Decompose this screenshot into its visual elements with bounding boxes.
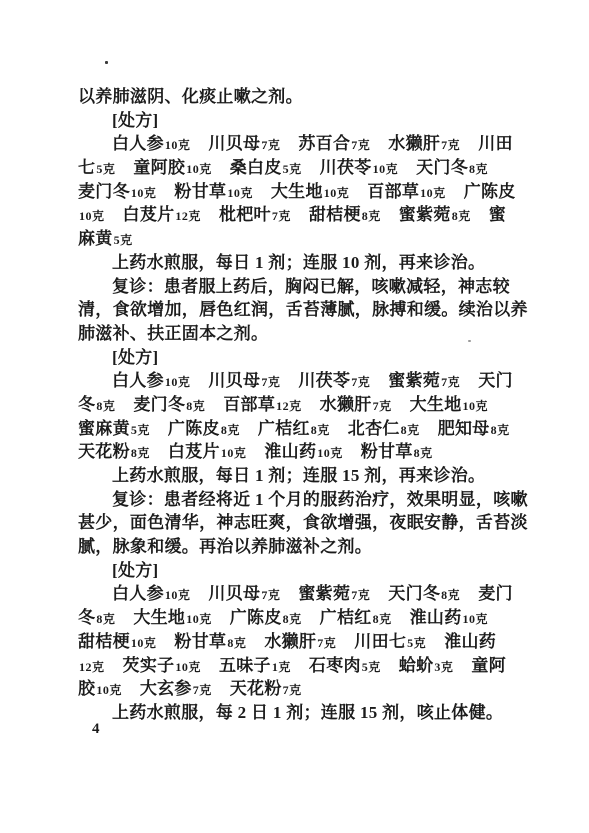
dose-value: 8克	[95, 399, 115, 413]
text-segment: 川贝母	[208, 134, 260, 153]
text-line: 白人参10克川贝母7克蜜紫菀7克天门冬8克麦门	[78, 582, 530, 606]
dose-value: 10克	[164, 375, 191, 389]
text-segment: 淮山药	[410, 608, 462, 627]
text-line: 七5克童阿胶10克桑白皮5克川茯苓10克天门冬8克	[78, 156, 530, 180]
text-segment: 水獭肝	[264, 632, 316, 651]
dose-value: 7克	[316, 636, 336, 650]
dose-value: 8克	[400, 423, 420, 437]
dose-value: 10克	[419, 186, 446, 200]
dose-value: 10克	[185, 612, 212, 626]
text-line: 上药水煎服，每日 1 剂；连服 10 剂，再来诊治。	[78, 251, 530, 275]
text-line: 白人参10克川贝母7克苏百合7克水獭肝7克川田	[78, 132, 530, 156]
dose-value: 5克	[406, 636, 426, 650]
text-segment: 枇杷叶	[219, 205, 271, 224]
text-segment: 复诊：患者服上药后，胸闷已解，咳嗽减轻，神志较	[112, 277, 510, 296]
text-segment: 天门	[478, 371, 513, 390]
text-line: 12克芡实子10克五味子1克石枣肉5克蛤蚧3克童阿	[78, 654, 530, 678]
scan-artifact-dot	[105, 61, 108, 64]
dose-value: 10克	[78, 209, 105, 223]
text-segment: 白芨片	[123, 205, 175, 224]
text-segment: 七	[78, 158, 95, 177]
text-line: 复诊：患者服上药后，胸闷已解，咳嗽减轻，神志较	[78, 275, 530, 299]
text-segment: 百部草	[367, 182, 419, 201]
text-segment: 粉甘草	[361, 442, 413, 461]
text-segment: 大生地	[133, 608, 185, 627]
text-segment: 广陈皮	[168, 419, 220, 438]
dose-value: 8克	[185, 399, 205, 413]
dose-value: 5克	[95, 162, 115, 176]
text-segment: 天花粉	[230, 679, 282, 698]
text-line: 天花粉8克白芨片10克淮山药10克粉甘草8克	[78, 440, 530, 464]
text-segment: 上药水煎服，每日 1 剂；连服 15 剂，再来诊治。	[112, 466, 485, 485]
text-line: 甜桔梗10克粉甘草8克水獭肝7克川田七5克淮山药	[78, 630, 530, 654]
dose-value: 8克	[490, 423, 510, 437]
text-line: 麻黄5克	[78, 227, 530, 251]
text-segment: 广桔红	[320, 608, 372, 627]
dose-value: 1克	[271, 660, 291, 674]
dose-value: 5克	[130, 423, 150, 437]
text-segment: 蜜紫菀	[298, 584, 350, 603]
text-line: 清，食欲增加，唇色红润，舌苔薄腻，脉搏和缓。续治以养	[78, 298, 530, 322]
text-line: 冬8克大生地10克广陈皮8克广桔红8克淮山药10克	[78, 606, 530, 630]
text-segment: 童阿	[471, 656, 506, 675]
text-segment: 百部草	[223, 395, 275, 414]
text-segment: 蛤蚧	[399, 656, 434, 675]
text-segment: [处方]	[112, 348, 159, 367]
text-line: 腻，脉象和缓。再治以养肺滋补之剂。	[78, 535, 530, 559]
text-line: 白人参10克川贝母7克川茯苓7克蜜紫菀7克天门	[78, 369, 530, 393]
dose-value: 8克	[95, 612, 115, 626]
dose-value: 10克	[164, 588, 191, 602]
text-segment: 白芨片	[168, 442, 220, 461]
dose-value: 10克	[462, 399, 489, 413]
dose-value: 8克	[282, 612, 302, 626]
dose-value: 10克	[316, 446, 343, 460]
scanned-book-page: 以养肺滋阴、化痰止嗽之剂。[处方]白人参10克川贝母7克苏百合7克水獭肝7克川田…	[0, 0, 589, 833]
text-segment: 甜桔梗	[78, 632, 130, 651]
text-line: 麦门冬10克粉甘草10克大生地10克百部草10克广陈皮	[78, 180, 530, 204]
text-line: [处方]	[78, 346, 530, 370]
text-line: 以养肺滋阴、化痰止嗽之剂。	[78, 85, 530, 109]
text-segment: 五味子	[219, 656, 271, 675]
dose-value: 10克	[130, 186, 157, 200]
dose-value: 10克	[323, 186, 350, 200]
dose-value: 10克	[185, 162, 212, 176]
dose-value: 8克	[226, 636, 246, 650]
text-line: 复诊：患者经将近 1 个月的服药治疗，效果明显，咳嗽	[78, 488, 530, 512]
text-segment: 大玄参	[140, 679, 192, 698]
text-segment: 广陈皮	[464, 182, 516, 201]
text-segment: [处方]	[112, 561, 159, 580]
dose-value: 7克	[271, 209, 291, 223]
dose-value: 10克	[95, 683, 122, 697]
page-number: 4	[92, 721, 100, 738]
dose-value: 8克	[451, 209, 471, 223]
text-segment: [处方]	[112, 111, 159, 130]
dose-value: 7克	[260, 138, 280, 152]
dose-value: 8克	[310, 423, 330, 437]
text-segment: 上药水煎服，每 2 日 1 剂；连服 15 剂，咳止体健。	[112, 703, 503, 722]
dose-value: 10克	[372, 162, 399, 176]
text-segment: 桑白皮	[230, 158, 282, 177]
text-segment: 麦门	[478, 584, 513, 603]
text-line: [处方]	[78, 109, 530, 133]
dose-value: 7克	[350, 375, 370, 389]
text-segment: 水獭肝	[388, 134, 440, 153]
dose-value: 5克	[113, 233, 133, 247]
dose-value: 7克	[440, 138, 460, 152]
dose-value: 10克	[130, 636, 157, 650]
text-line: 冬8克麦门冬8克百部草12克水獭肝7克大生地10克	[78, 393, 530, 417]
text-segment: 北杏仁	[348, 419, 400, 438]
dose-value: 10克	[220, 446, 247, 460]
text-segment: 蜜紫菀	[399, 205, 451, 224]
text-segment: 麦门冬	[78, 182, 130, 201]
text-segment: 粉甘草	[174, 182, 226, 201]
dose-value: 7克	[350, 588, 370, 602]
text-line: 上药水煎服，每日 1 剂；连服 15 剂，再来诊治。	[78, 464, 530, 488]
text-segment: 大生地	[410, 395, 462, 414]
text-segment: 白人参	[112, 584, 164, 603]
text-line: [处方]	[78, 559, 530, 583]
text-segment: 芡实子	[123, 656, 175, 675]
dose-value: 8克	[372, 612, 392, 626]
text-segment: 以养肺滋阴、化痰止嗽之剂。	[78, 87, 303, 106]
dose-value: 7克	[260, 588, 280, 602]
text-segment: 川贝母	[208, 584, 260, 603]
text-segment: 肥知母	[438, 419, 490, 438]
page-text: 以养肺滋阴、化痰止嗽之剂。[处方]白人参10克川贝母7克苏百合7克水獭肝7克川田…	[78, 85, 530, 725]
text-segment: 上药水煎服，每日 1 剂；连服 10 剂，再来诊治。	[112, 253, 485, 272]
text-segment: 淮山药	[444, 632, 496, 651]
text-segment: 川贝母	[208, 371, 260, 390]
text-segment: 粉甘草	[174, 632, 226, 651]
dose-value: 7克	[372, 399, 392, 413]
dose-value: 7克	[440, 375, 460, 389]
dose-value: 7克	[282, 683, 302, 697]
dose-value: 10克	[174, 660, 201, 674]
dose-value: 8克	[413, 446, 433, 460]
text-segment: 腻，脉象和缓。再治以养肺滋补之剂。	[78, 537, 372, 556]
text-segment: 蜜麻黄	[78, 419, 130, 438]
dose-value: 5克	[361, 660, 381, 674]
text-segment: 天花粉	[78, 442, 130, 461]
text-segment: 复诊：患者经将近 1 个月的服药治疗，效果明显，咳嗽	[112, 490, 528, 509]
scan-artifact-dot	[468, 340, 471, 342]
dose-value: 10克	[462, 612, 489, 626]
text-line: 胶10克大玄参7克天花粉7克	[78, 677, 530, 701]
text-segment: 冬	[78, 608, 95, 627]
text-segment: 川茯苓	[320, 158, 372, 177]
text-segment: 白人参	[112, 371, 164, 390]
text-segment: 大生地	[271, 182, 323, 201]
text-segment: 蜜	[489, 205, 506, 224]
text-segment: 清，食欲增加，唇色红润，舌苔薄腻，脉搏和缓。续治以养	[78, 300, 528, 319]
dose-value: 8克	[220, 423, 240, 437]
text-segment: 川茯苓	[298, 371, 350, 390]
text-segment: 甚少，面色清华，神志旺爽，食欲增强，夜眠安静，舌苔淡	[78, 513, 528, 532]
text-segment: 水獭肝	[320, 395, 372, 414]
text-segment: 肺滋补、扶正固本之剂。	[78, 324, 268, 343]
dose-value: 8克	[468, 162, 488, 176]
dose-value: 3克	[433, 660, 453, 674]
dose-value: 12克	[275, 399, 302, 413]
text-segment: 童阿胶	[133, 158, 185, 177]
text-segment: 胶	[78, 679, 95, 698]
text-segment: 冬	[78, 395, 95, 414]
text-segment: 石枣肉	[309, 656, 361, 675]
text-segment: 天门冬	[416, 158, 468, 177]
text-segment: 麦门冬	[133, 395, 185, 414]
dose-value: 7克	[192, 683, 212, 697]
text-segment: 蜜紫菀	[388, 371, 440, 390]
text-segment: 川田七	[354, 632, 406, 651]
dose-value: 10克	[164, 138, 191, 152]
text-line: 上药水煎服，每 2 日 1 剂；连服 15 剂，咳止体健。	[78, 701, 530, 725]
dose-value: 12克	[174, 209, 201, 223]
text-line: 蜜麻黄5克广陈皮8克广桔红8克北杏仁8克肥知母8克	[78, 417, 530, 441]
text-segment: 麻黄	[78, 229, 113, 248]
dose-value: 7克	[260, 375, 280, 389]
text-segment: 苏百合	[298, 134, 350, 153]
text-segment: 广陈皮	[230, 608, 282, 627]
text-segment: 白人参	[112, 134, 164, 153]
text-segment: 天门冬	[388, 584, 440, 603]
text-segment: 广桔红	[258, 419, 310, 438]
dose-value: 5克	[282, 162, 302, 176]
text-line: 肺滋补、扶正固本之剂。	[78, 322, 530, 346]
dose-value: 12克	[78, 660, 105, 674]
dose-value: 8克	[361, 209, 381, 223]
text-segment: 甜桔梗	[309, 205, 361, 224]
dose-value: 8克	[130, 446, 150, 460]
text-segment: 淮山药	[264, 442, 316, 461]
dose-value: 7克	[350, 138, 370, 152]
dose-value: 8克	[440, 588, 460, 602]
text-line: 甚少，面色清华，神志旺爽，食欲增强，夜眠安静，舌苔淡	[78, 511, 530, 535]
text-line: 10克白芨片12克枇杷叶7克甜桔梗8克蜜紫菀8克蜜	[78, 203, 530, 227]
text-segment: 川田	[478, 134, 513, 153]
dose-value: 10克	[226, 186, 253, 200]
